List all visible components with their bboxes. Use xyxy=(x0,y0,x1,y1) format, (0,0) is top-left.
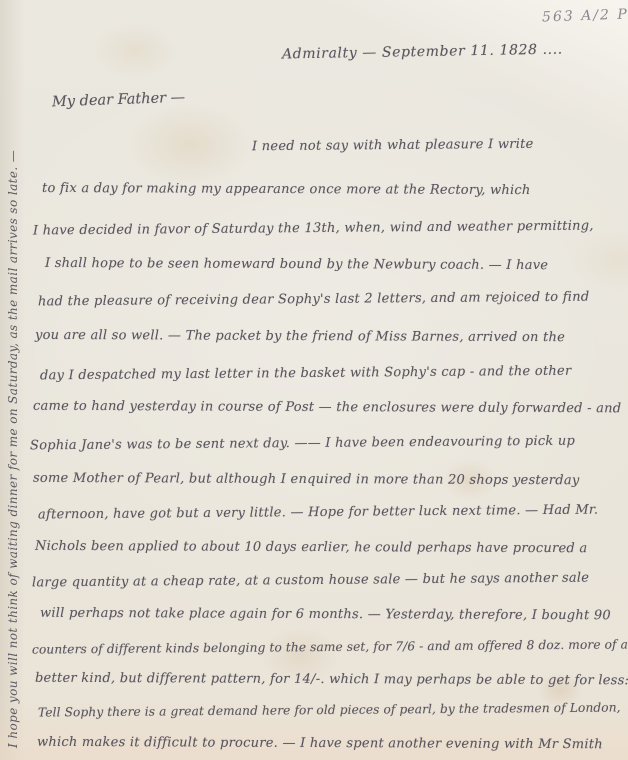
letter-line: I need not say with what pleasure I writ… xyxy=(252,137,534,154)
letter-line: large quantity at a cheap rate, at a cus… xyxy=(32,571,589,591)
letter-line: will perhaps not take place again for 6 … xyxy=(40,606,611,623)
letter-line: Sophia Jane's was to be sent next day. —… xyxy=(30,434,575,454)
salutation: My dear Father — xyxy=(52,90,186,111)
letter-line: Nichols been applied to about 10 days ea… xyxy=(35,539,587,556)
dateline: Admiralty — September 11. 1828 .... xyxy=(282,42,563,63)
letter-page: 563 A/2 P Admiralty — September 11. 1828… xyxy=(0,0,628,760)
letter-line: to fix a day for making my appearance on… xyxy=(42,181,531,198)
archival-mark: 563 A/2 P xyxy=(542,6,628,25)
letter-line: I shall hope to be seen homeward bound b… xyxy=(45,256,548,273)
letter-line: day I despatched my last letter in the b… xyxy=(40,364,572,384)
margin-note: I hope you will not think of waiting din… xyxy=(6,18,20,748)
letter-line: you are all so well. — The packet by the… xyxy=(35,328,565,345)
letter-line: I have decided in favor of Saturday the … xyxy=(33,219,594,239)
letter-line: which makes it difficult to procure. — I… xyxy=(37,735,603,752)
letter-line: some Mother of Pearl, but although I enq… xyxy=(33,471,580,488)
letter-line: Tell Sophy there is a great demand here … xyxy=(38,700,621,719)
letter-line: had the pleasure of receiving dear Sophy… xyxy=(38,290,589,310)
letter-line: came to hand yesterday in course of Post… xyxy=(33,399,621,417)
letter-line: afternoon, have got but a very little. —… xyxy=(38,503,598,523)
letter-line: counters of different kinds belonging to… xyxy=(32,637,628,656)
letter-line: better kind, but different pattern, for … xyxy=(35,671,628,689)
